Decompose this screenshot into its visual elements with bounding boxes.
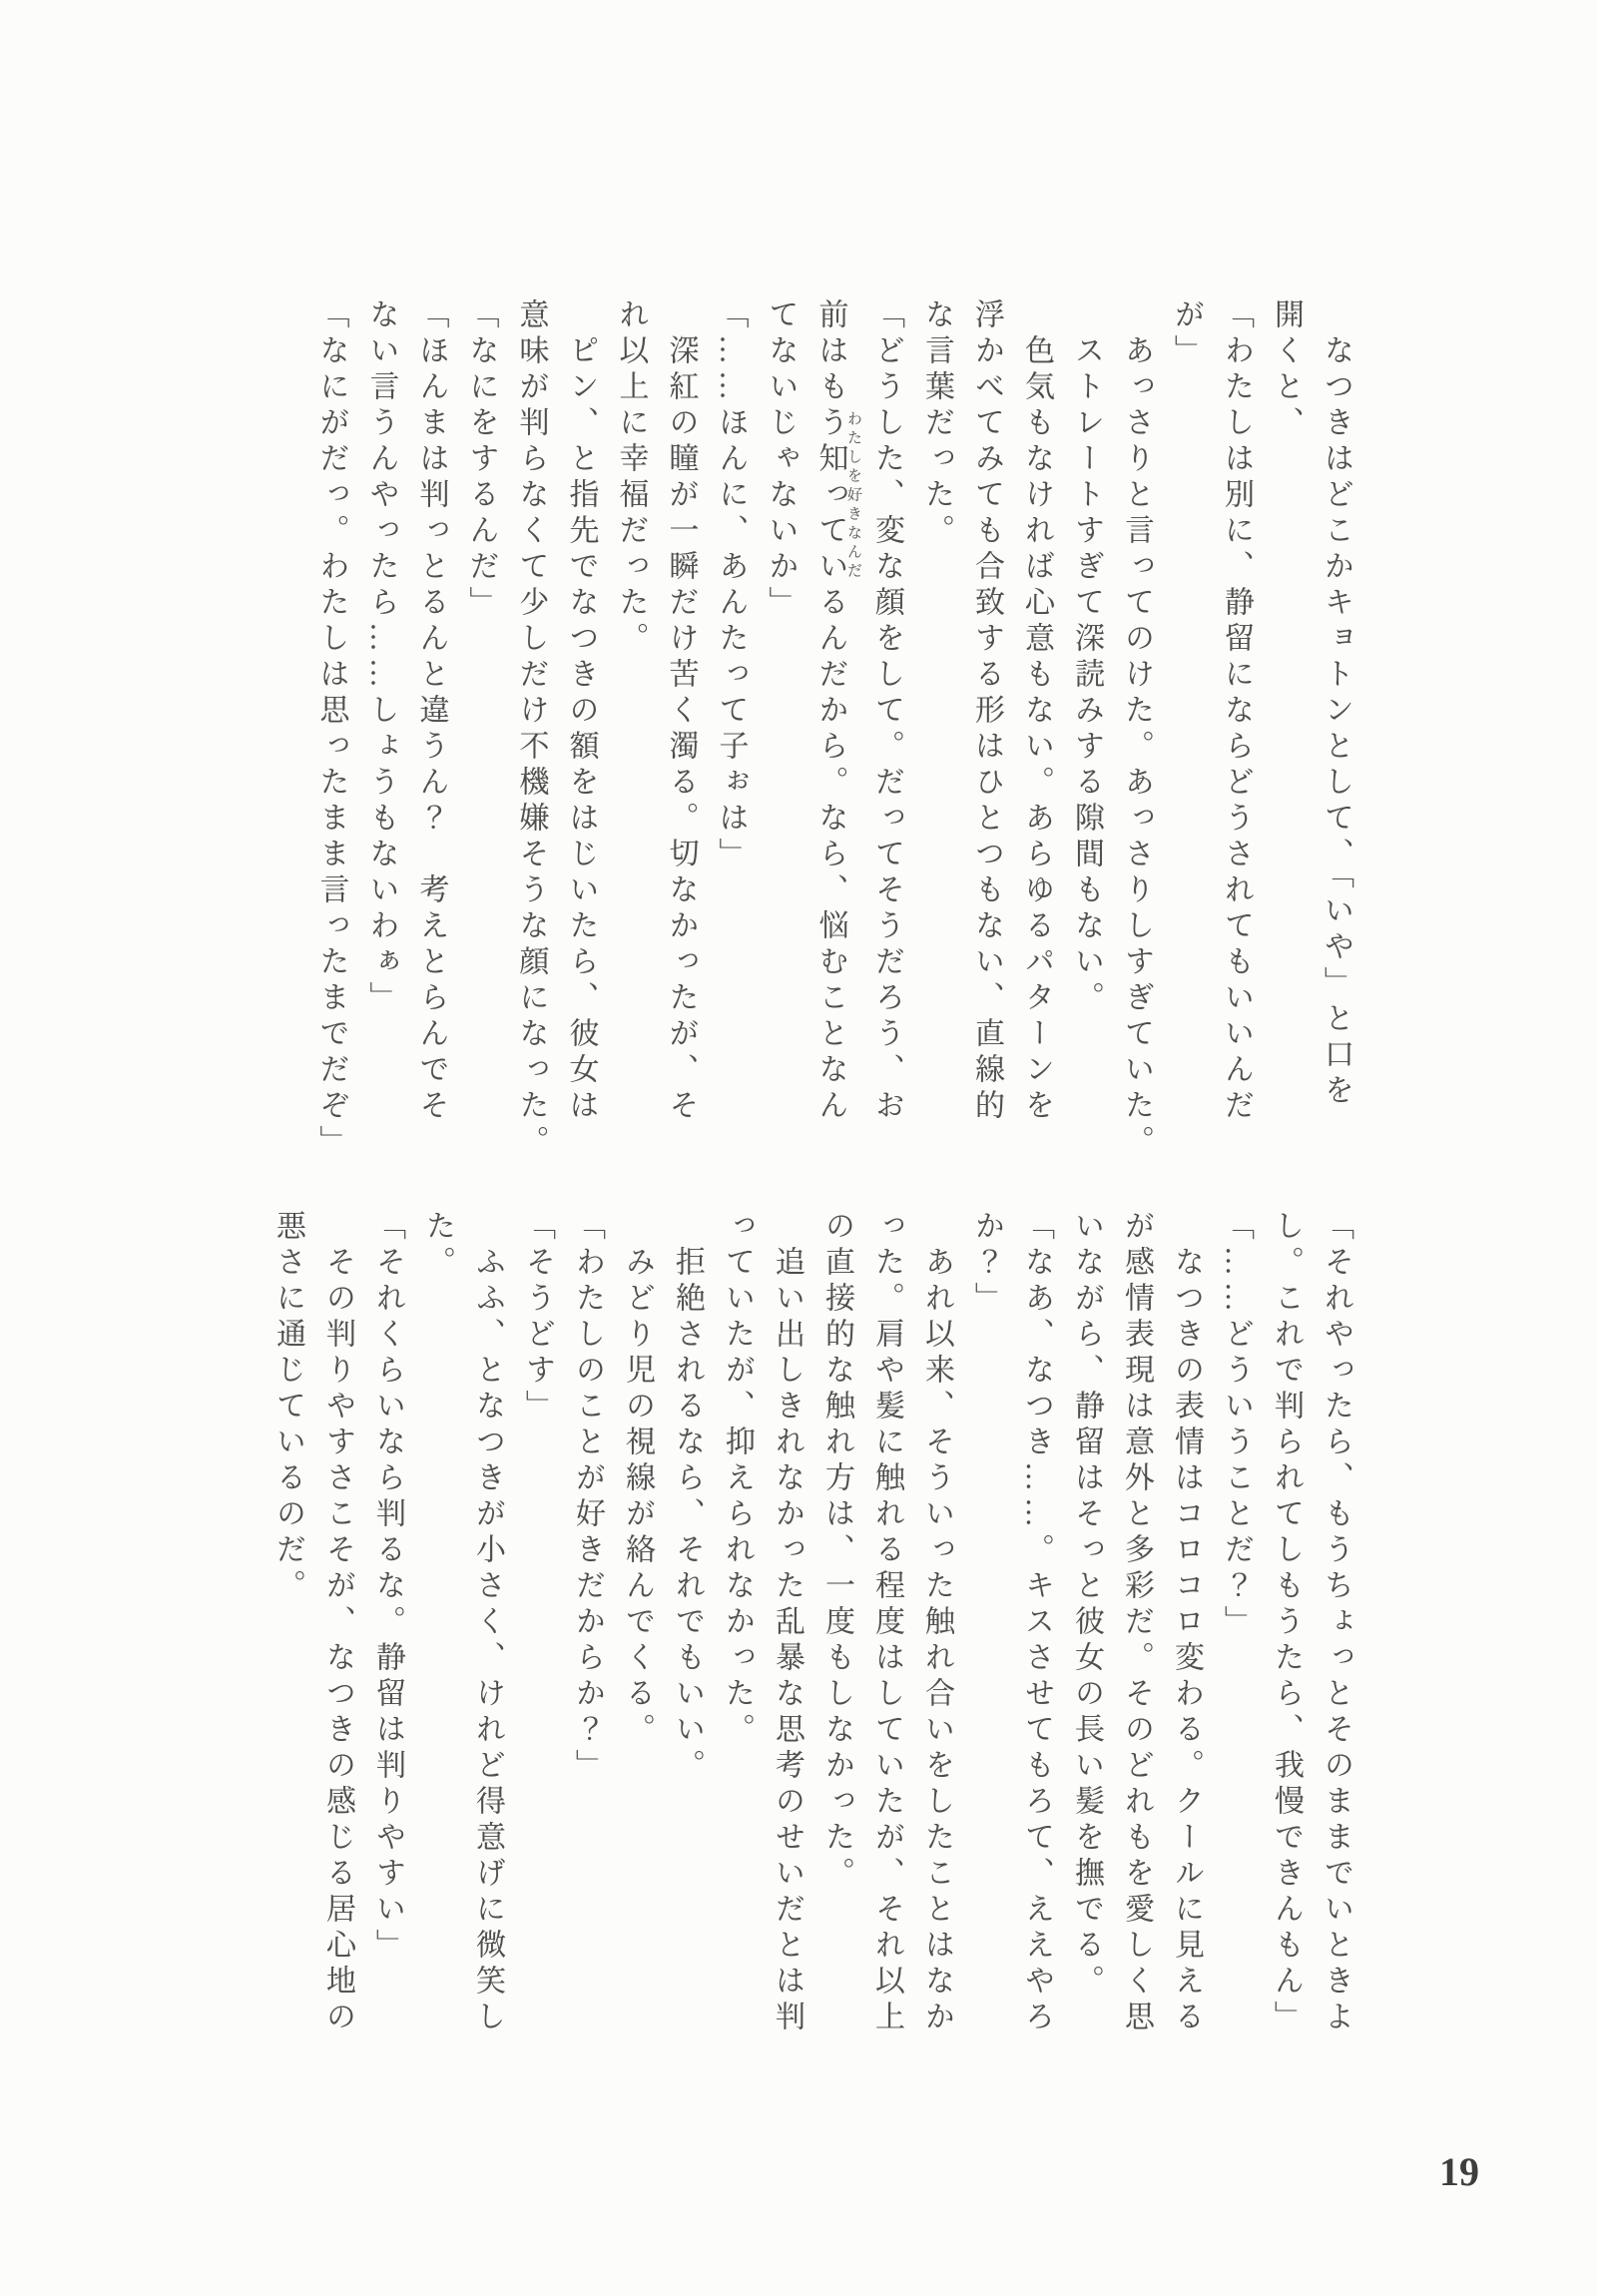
text-column-10: った。肩や髪に触れる程度はしていたが、それ以上: [861, 1210, 911, 2036]
text-column-18: 「なにをするんだ」: [456, 298, 506, 1161]
text-column-5: が感情表現は意外と多彩だ。そのどれもを愛しく思: [1111, 1210, 1161, 2036]
text-column-16: 「わたしのことが好きだからか？」: [562, 1210, 612, 2036]
text-column-12: てないじゃないか」: [756, 298, 805, 1161]
text-column-2: し。これで判られてしもうたら、我慢できんもん」: [1261, 1210, 1311, 2036]
text-block-upper: なつきはどこかキョトンとして、「いや」と口を開くと、「わたしは別に、静留にならど…: [306, 298, 1361, 1161]
text-column-19: た。: [412, 1210, 462, 2036]
text-column-15: れ以上に幸福だった。: [606, 298, 656, 1161]
text-column-17: 「そうどす」: [512, 1210, 562, 2036]
text-column-14: 拒絶されるなら、それでもいい。: [662, 1210, 712, 2036]
text-column-13: っていたが、抑えられなかった。: [712, 1210, 762, 2036]
text-column-11: の直接的な触れ方は、一度もしなかった。: [811, 1210, 861, 2036]
text-column-20: 「それくらいなら判るな。静留は判りやすい」: [362, 1210, 412, 2036]
text-column-1: 「それやったら、もうちょっとそのままでいときよ: [1311, 1210, 1360, 2036]
text-column-8: 浮かべてみても合致する形はひとつもない、直線的: [961, 298, 1011, 1161]
scanned-page: なつきはどこかキョトンとして、「いや」と口を開くと、「わたしは別に、静留にならど…: [0, 0, 1597, 2296]
text-column-16: ピン、と指先でなつきの額をはじいたら、彼女は: [556, 298, 606, 1161]
text-column-9: あれ以来、そういった触れ合いをしたことはなか: [911, 1210, 961, 2036]
text-column-1: なつきはどこかキョトンとして、「いや」と口を: [1311, 298, 1360, 1161]
text-column-12: 追い出しきれなかった乱暴な思考のせいだとは判: [762, 1210, 811, 2036]
text-column-9: な言葉だった。: [911, 298, 961, 1161]
text-column-4: なつきの表情はコロコロ変わる。クールに見える: [1161, 1210, 1211, 2036]
text-column-6: ストレートすぎて深読みする隙間もない。: [1061, 298, 1111, 1161]
text-column-14: 深紅の瞳が一瞬だけ苦く濁る。切なかったが、そ: [656, 298, 706, 1161]
text-column-17: 意味が判らなくて少しだけ不機嫌そうな顔になった。: [506, 298, 556, 1161]
page-number: 19: [1433, 2148, 1485, 2195]
text-column-10: 「どうした、変な顔をして。だってそうだろう、お: [861, 298, 911, 1161]
text-column-3: 「わたしは別に、静留にならどうされてもいいんだ: [1211, 298, 1261, 1161]
text-column-15: みどり児の視線が絡んでくる。: [612, 1210, 662, 2036]
text-column-2: 開くと、: [1261, 298, 1311, 1161]
text-column-5: あっさりと言ってのけた。あっさりしすぎていた。: [1111, 298, 1161, 1161]
text-column-6: いながら、静留はそっと彼女の長い髪を撫でる。: [1061, 1210, 1111, 2036]
ruby-annotated-text: もう知っているわたしを好きなんだ: [814, 370, 847, 622]
text-column-8: か？」: [961, 1210, 1011, 2036]
text-column-18: ふふ、となつきが小さく、けれど得意げに微笑し: [462, 1210, 512, 2036]
text-column-3: 「……どういうことだ？」: [1211, 1210, 1261, 2036]
text-column-20: ない言うんやったら……しょうもないわぁ」: [356, 298, 406, 1161]
text-column-11: 前はもう知っているわたしを好きなんだんだから。なら、悩むことなん: [805, 298, 862, 1161]
text-column-7: 色気もなければ心意もない。あらゆるパターンを: [1011, 298, 1061, 1161]
text-column-13: 「……ほんに、あんたって子ぉは」: [706, 298, 756, 1161]
text-column-21: その判りやすさこそが、なつきの感じる居心地の: [312, 1210, 362, 2036]
text-block-lower: 「それやったら、もうちょっとそのままでいときよし。これで判られてしもうたら、我慢…: [263, 1210, 1360, 2036]
text-column-22: 悪さに通じているのだ。: [263, 1210, 312, 2036]
text-column-19: 「ほんまは判っとるんと違うん？ 考えとらんでそ: [406, 298, 456, 1161]
text-column-21: 「なにがだっ。わたしは思ったまま言ったまでだぞ」: [306, 298, 356, 1161]
text-column-4: が」: [1161, 298, 1211, 1161]
text-column-7: 「なあ、なつき……。キスさせてもろて、ええやろ: [1011, 1210, 1061, 2036]
